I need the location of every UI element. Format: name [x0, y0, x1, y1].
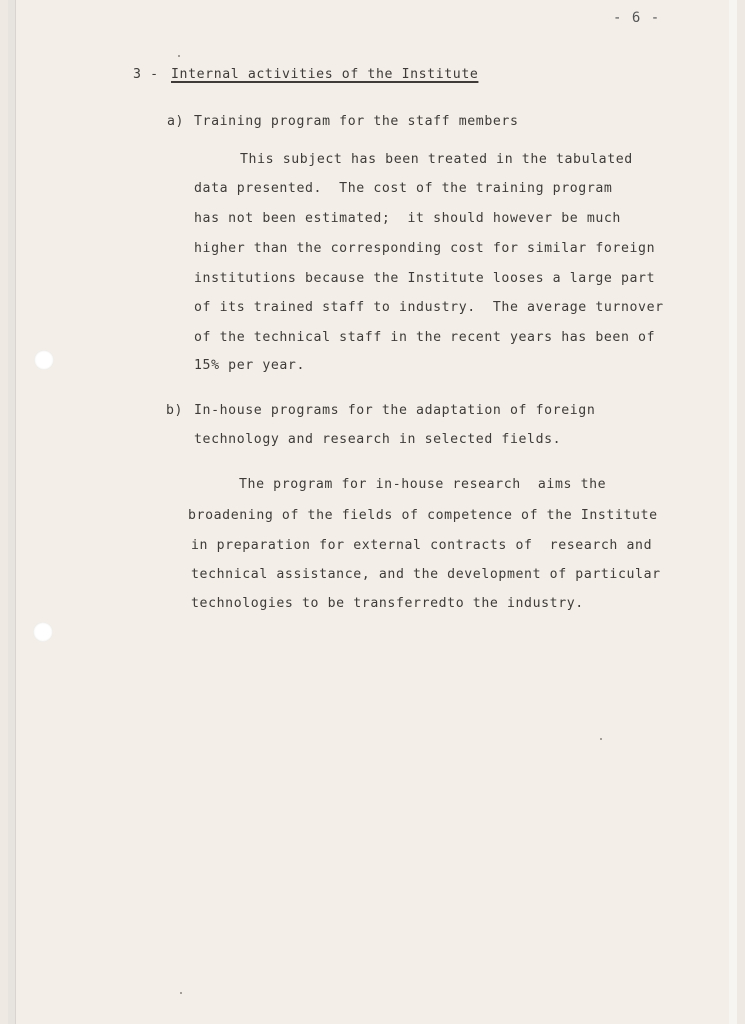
- paragraph-a-line: 15% per year.: [194, 358, 305, 373]
- paragraph-b-line: The program for in-house research aims t…: [239, 477, 606, 492]
- paragraph-b-line: technical assistance, and the developmen…: [191, 567, 661, 582]
- section-title: Internal activities of the Institute: [171, 67, 478, 82]
- page-edge-left: [8, 0, 16, 1024]
- paragraph-a-line: has not been estimated; it should howeve…: [194, 211, 621, 226]
- subsection-a-label: a): [167, 114, 184, 129]
- paragraph-a-line: institutions because the Institute loose…: [194, 271, 655, 286]
- subsection-a-title: Training program for the staff members: [194, 114, 519, 129]
- speck: [180, 992, 182, 994]
- speck: [178, 55, 180, 57]
- punch-hole-top: [34, 350, 54, 370]
- paragraph-a-line: of the technical staff in the recent yea…: [194, 330, 655, 345]
- paragraph-b-line: broadening of the fields of competence o…: [188, 508, 658, 523]
- subsection-b-label: b): [166, 403, 183, 418]
- paragraph-b-line: in preparation for external contracts of…: [191, 538, 652, 553]
- paragraph-a-line: data presented. The cost of the training…: [194, 181, 612, 196]
- paragraph-a-line: of its trained staff to industry. The av…: [194, 300, 664, 315]
- page-number: - 6 -: [613, 10, 660, 26]
- paragraph-a-line: higher than the corresponding cost for s…: [194, 241, 655, 256]
- paragraph-a-line: This subject has been treated in the tab…: [240, 152, 633, 167]
- subsection-b-title: In-house programs for the adaptation of …: [194, 403, 595, 418]
- page-edge-right: [729, 0, 737, 1024]
- speck: [600, 738, 602, 740]
- document-page: - 6 - 3 - Internal activities of the Ins…: [8, 0, 737, 1024]
- paragraph-b-line: technologies to be transferredto the ind…: [191, 596, 584, 611]
- section-number: 3 -: [133, 67, 159, 82]
- punch-hole-bottom: [33, 622, 53, 642]
- subsection-b-title: technology and research in selected fiel…: [194, 432, 561, 447]
